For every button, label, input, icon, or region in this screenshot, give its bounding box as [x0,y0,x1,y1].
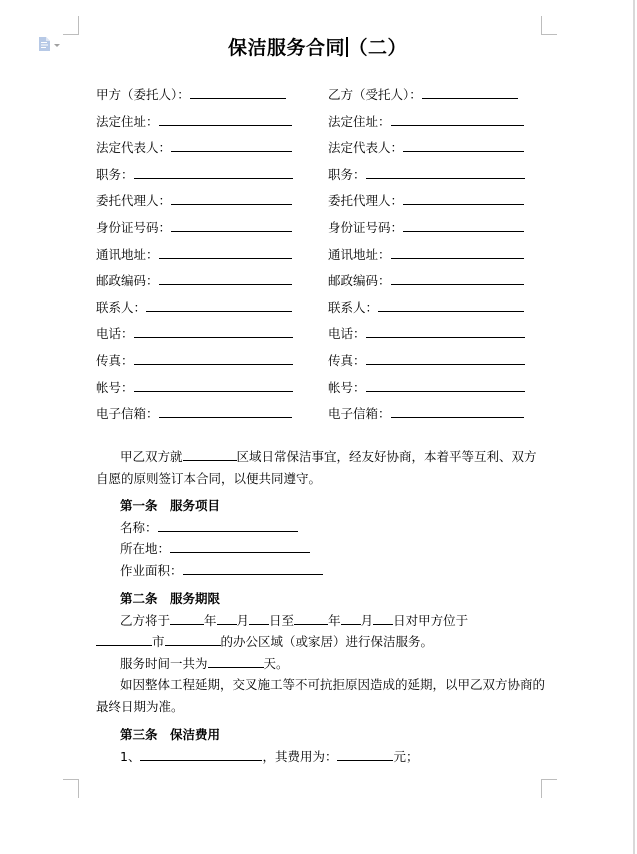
blank-field[interactable] [171,219,292,232]
field-label: 职务： [96,167,134,182]
party-row: 传真：传真： [96,352,536,379]
blank-field[interactable] [403,219,524,232]
blank-field[interactable] [366,352,525,365]
blank-field[interactable] [403,192,524,205]
text: 月 [237,613,250,628]
field-label: 委托代理人： [328,193,403,208]
article-1-location: 所在地： [96,538,546,560]
field-label: 传真： [96,353,134,368]
article-3-heading: 第三条 保洁费用 [96,724,546,746]
blank-field[interactable] [140,748,262,761]
field-label: 电话： [96,326,134,341]
crop-mark-bottom-left [63,779,79,798]
blank-field[interactable] [171,192,292,205]
text: 元； [393,749,418,764]
blank-field[interactable] [183,448,237,461]
blank-field[interactable] [366,325,525,338]
blank-field[interactable] [337,748,393,761]
article-2-period: 乙方将于年月日至年月日对甲方位于市的办公区域（或家居）进行保洁服务。 [96,610,546,653]
field-label: 法定住址： [96,114,159,129]
party-row: 职务：职务： [96,166,536,193]
blank-field[interactable] [183,562,323,575]
article-1-name: 名称： [96,517,546,539]
text: 1、 [120,749,140,764]
text: ，其费用为： [262,749,337,764]
field-label: 法定代表人： [96,140,171,155]
blank-field[interactable] [366,379,525,392]
contract-body: 甲乙双方就区域日常保洁事宜，经友好协商，本着平等互利、双方自愿的原则签订本合同，… [96,446,546,767]
blank-field[interactable] [391,405,524,418]
party-row: 联系人：联系人： [96,299,536,326]
party-row: 法定住址：法定住址： [96,113,536,140]
party-row: 甲方（委托人）：乙方（受托人）： [96,86,536,113]
text: 的办公区域（或家居）进行保洁服务。 [221,634,434,649]
title-suffix: （二） [349,37,408,59]
blank-field[interactable] [217,612,237,625]
blank-field[interactable] [249,612,269,625]
blank-field[interactable] [170,540,310,553]
blank-field[interactable] [366,166,525,179]
field-label: 身份证号码： [96,220,171,235]
blank-field[interactable] [134,379,293,392]
blank-field[interactable] [190,86,286,99]
party-row: 电话：电话： [96,325,536,352]
party-row: 委托代理人：委托代理人： [96,192,536,219]
text: 服务时间一共为 [120,656,208,671]
text: 乙方将于 [120,613,170,628]
blank-field[interactable] [159,246,292,259]
blank-field[interactable] [391,272,524,285]
field-label: 乙方（受托人）： [328,87,422,102]
article-2-delay-clause: 如因整体工程延期，交叉施工等不可抗拒原因造成的延期，以甲乙双方协商的最终日期为准… [96,674,546,717]
text: 市 [152,634,165,649]
party-row: 身份证号码：身份证号码： [96,219,536,246]
blank-field[interactable] [171,139,292,152]
field-label: 作业面积： [120,563,183,578]
field-label: 甲方（委托人）： [96,87,190,102]
field-label: 帐号： [96,380,134,395]
blank-field[interactable] [170,612,204,625]
field-label: 联系人： [328,300,378,315]
blank-field[interactable] [165,633,221,646]
field-label: 法定住址： [328,114,391,129]
field-label: 名称： [120,520,158,535]
field-label: 电子信箱： [328,406,391,421]
field-label: 身份证号码： [328,220,403,235]
field-label: 联系人： [96,300,146,315]
article-2-duration: 服务时间一共为天。 [96,653,546,675]
intro-paragraph: 甲乙双方就区域日常保洁事宜，经友好协商，本着平等互利、双方自愿的原则签订本合同，… [96,446,546,489]
text: 日至 [269,613,294,628]
blank-field[interactable] [146,299,292,312]
blank-field[interactable] [422,86,518,99]
party-row: 法定代表人：法定代表人： [96,139,536,166]
crop-mark-bottom-right [541,779,557,798]
field-label: 法定代表人： [328,140,403,155]
blank-field[interactable] [341,612,361,625]
field-label: 所在地： [120,541,170,556]
field-label: 电话： [328,326,366,341]
text: 日对甲方位于 [393,613,468,628]
article-1-area: 作业面积： [96,560,546,582]
field-label: 电子信箱： [96,406,159,421]
field-label: 邮政编码： [96,273,159,288]
party-info-grid: 甲方（委托人）：乙方（受托人）： 法定住址：法定住址： 法定代表人：法定代表人：… [96,86,536,432]
intro-text: 甲乙双方就 [120,449,183,464]
blank-field[interactable] [391,113,524,126]
text: 月 [361,613,374,628]
article-1-heading: 第一条 服务项目 [96,495,546,517]
blank-field[interactable] [403,139,524,152]
party-row: 通讯地址：通讯地址： [96,246,536,273]
title-text: 保洁服务合同 [228,37,345,59]
blank-field[interactable] [96,633,152,646]
blank-field[interactable] [294,612,328,625]
field-label: 职务： [328,167,366,182]
field-label: 传真： [328,353,366,368]
party-row: 邮政编码：邮政编码： [96,272,536,299]
blank-field[interactable] [373,612,393,625]
field-label: 通讯地址： [96,247,159,262]
blank-field[interactable] [378,299,524,312]
field-label: 通讯地址： [328,247,391,262]
scrollbar-edge [633,0,635,854]
blank-field[interactable] [134,325,293,338]
blank-field[interactable] [159,405,292,418]
blank-field[interactable] [134,166,293,179]
article-2-heading: 第二条 服务期限 [96,588,546,610]
text: 年 [204,613,217,628]
article-3-item-1: 1、，其费用为：元； [96,746,546,768]
blank-field[interactable] [208,655,264,668]
blank-field[interactable] [158,519,298,532]
document-title[interactable]: 保洁服务合同（二） [0,33,635,60]
blank-field[interactable] [159,272,292,285]
text-cursor [346,37,348,57]
field-label: 邮政编码： [328,273,391,288]
party-row: 电子信箱：电子信箱： [96,405,536,432]
field-label: 帐号： [328,380,366,395]
text: 年 [328,613,341,628]
party-row: 帐号：帐号： [96,379,536,406]
document-page: 保洁服务合同（二） 甲方（委托人）：乙方（受托人）： 法定住址：法定住址： 法定… [0,0,635,854]
blank-field[interactable] [391,246,524,259]
text: 天。 [264,656,289,671]
field-label: 委托代理人： [96,193,171,208]
blank-field[interactable] [134,352,293,365]
blank-field[interactable] [159,113,292,126]
